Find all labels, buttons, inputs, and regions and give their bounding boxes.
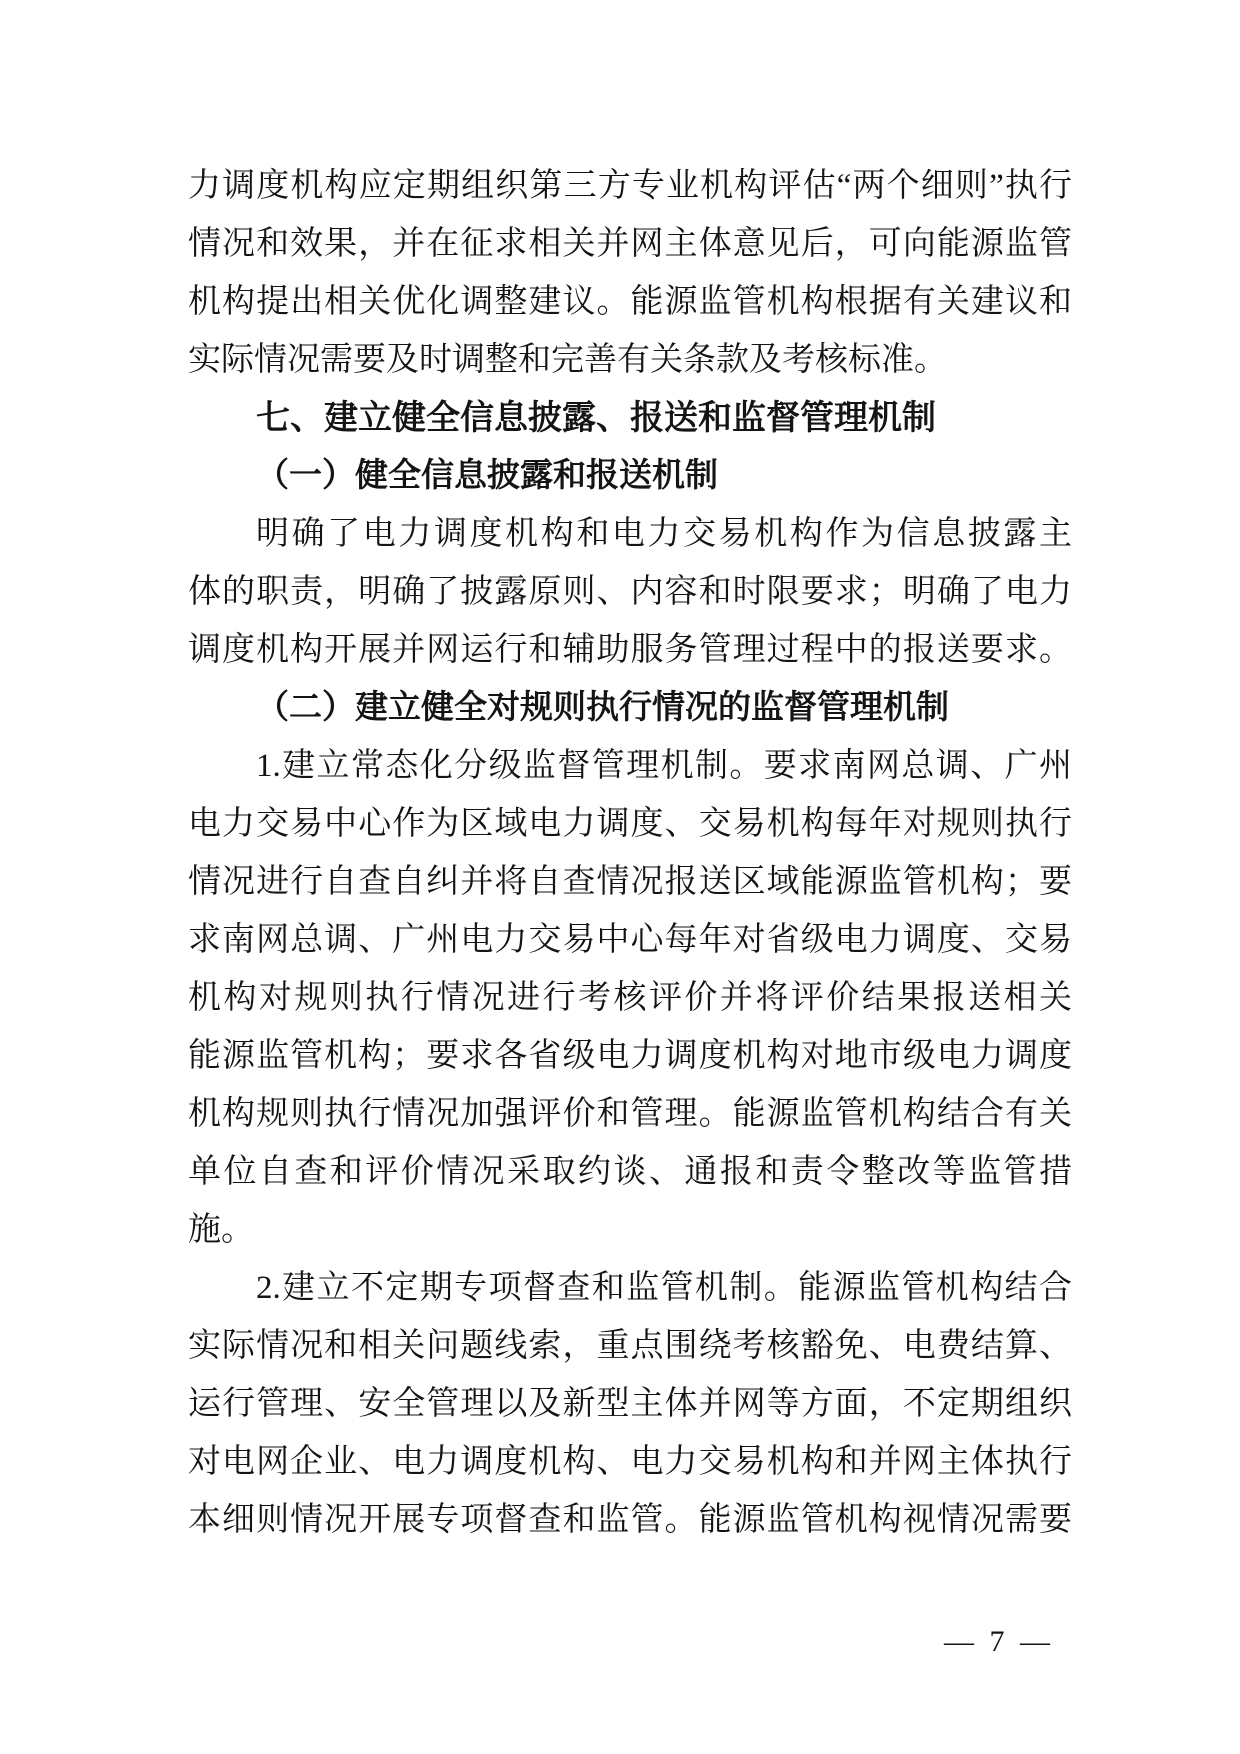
text-line: 单位自查和评价情况采取约谈、通报和责令整改等监管措 — [188, 1143, 1072, 1201]
text-line: 情况和效果，并在征求相关并网主体意见后，可向能源监管 — [188, 215, 1072, 273]
text-line: 1.建立常态化分级监督管理机制。要求南网总调、广州 — [188, 737, 1072, 795]
sub-heading: （二）建立健全对规则执行情况的监督管理机制 — [188, 679, 1072, 737]
document-page: 力调度机构应定期组织第三方专业机构评估“两个细则”执行情况和效果，并在征求相关并… — [0, 0, 1240, 1754]
text-line: 运行管理、安全管理以及新型主体并网等方面，不定期组织 — [188, 1375, 1072, 1433]
paragraph: 2.建立不定期专项督查和监管机制。能源监管机构结合实际情况和相关问题线索，重点围… — [188, 1259, 1072, 1549]
paragraph: 1.建立常态化分级监督管理机制。要求南网总调、广州电力交易中心作为区域电力调度、… — [188, 737, 1072, 1259]
text-line: 实际情况和相关问题线索，重点围绕考核豁免、电费结算、 — [188, 1317, 1072, 1375]
text-line: 对电网企业、电力调度机构、电力交易机构和并网主体执行 — [188, 1433, 1072, 1491]
paragraph: 明确了电力调度机构和电力交易机构作为信息披露主体的职责，明确了披露原则、内容和时… — [188, 505, 1072, 679]
document-body: 力调度机构应定期组织第三方专业机构评估“两个细则”执行情况和效果，并在征求相关并… — [188, 157, 1072, 1549]
text-line: 机构提出相关优化调整建议。能源监管机构根据有关建议和 — [188, 273, 1072, 331]
text-line: （二）建立健全对规则执行情况的监督管理机制 — [188, 679, 1072, 737]
sub-heading: （一）健全信息披露和报送机制 — [188, 447, 1072, 505]
text-line: 机构规则执行情况加强评价和管理。能源监管机构结合有关 — [188, 1085, 1072, 1143]
text-line: 七、建立健全信息披露、报送和监督管理机制 — [188, 389, 1072, 447]
text-line: 力调度机构应定期组织第三方专业机构评估“两个细则”执行 — [188, 157, 1072, 215]
text-line: 机构对规则执行情况进行考核评价并将评价结果报送相关 — [188, 969, 1072, 1027]
text-line: 实际情况需要及时调整和完善有关条款及考核标准。 — [188, 331, 1072, 389]
text-line: 电力交易中心作为区域电力调度、交易机构每年对规则执行 — [188, 795, 1072, 853]
text-line: 2.建立不定期专项督查和监管机制。能源监管机构结合 — [188, 1259, 1072, 1317]
text-line: 能源监管机构；要求各省级电力调度机构对地市级电力调度 — [188, 1027, 1072, 1085]
text-line: 施。 — [188, 1201, 1072, 1259]
text-line: 情况进行自查自纠并将自查情况报送区域能源监管机构；要 — [188, 853, 1072, 911]
text-line: 求南网总调、广州电力交易中心每年对省级电力调度、交易 — [188, 911, 1072, 969]
text-line: 本细则情况开展专项督查和监管。能源监管机构视情况需要 — [188, 1491, 1072, 1549]
paragraph: 力调度机构应定期组织第三方专业机构评估“两个细则”执行情况和效果，并在征求相关并… — [188, 157, 1072, 389]
text-line: 明确了电力调度机构和电力交易机构作为信息披露主 — [188, 505, 1072, 563]
section-heading: 七、建立健全信息披露、报送和监督管理机制 — [188, 389, 1072, 447]
text-line: （一）健全信息披露和报送机制 — [188, 447, 1072, 505]
text-line: 体的职责，明确了披露原则、内容和时限要求；明确了电力 — [188, 563, 1072, 621]
text-line: 调度机构开展并网运行和辅助服务管理过程中的报送要求。 — [188, 621, 1072, 679]
page-number: — 7 — — [944, 1624, 1054, 1660]
